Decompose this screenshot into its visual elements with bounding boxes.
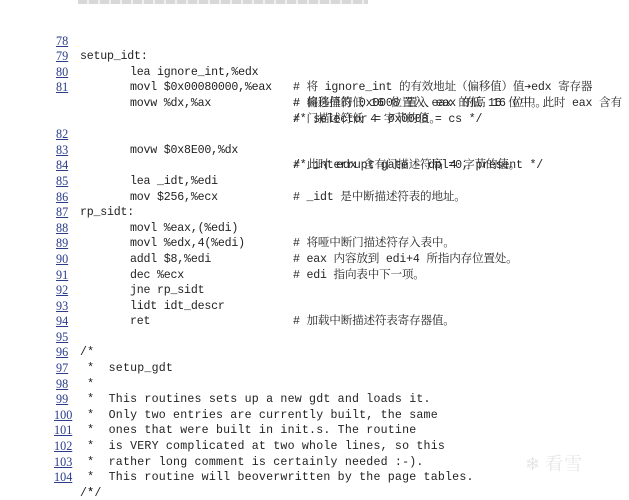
code-line: 94 (0, 299, 629, 315)
code-line: 100 * ones that were built in init.s. Th… (0, 392, 629, 408)
code-line: 99 * Only two entries are currently buil… (0, 377, 629, 393)
code-line: 90 dec %ecx (0, 236, 629, 252)
code-line: 80 movl $0x00080000,%eax # 将选择符 0x0008 置… (0, 49, 629, 65)
watermark: ❄看雪 (525, 450, 583, 476)
code-line: 95 /* (0, 314, 629, 330)
watermark-text: 看雪 (545, 454, 583, 475)
code-line: 87 movl %eax,(%edi) # 将哑中断门描述符存入表中。 (0, 190, 629, 206)
code-line: 83 # 此时 edx 含有门描述符高 4 字节的值。 (0, 127, 629, 143)
code-line: 86 rp_sidt: (0, 174, 629, 190)
code-line: 88 movl %edx,4(%edi) # eax 内容放到 edi+4 所指… (0, 205, 629, 221)
code-line: 89 addl $8,%edi # edi 指向表中下一项。 (0, 221, 629, 237)
code-line: 91 jne rp_sidt (0, 252, 629, 268)
code-listing: 78 setup_idt: 79 lea ignore_int,%edx # 将… (0, 18, 629, 486)
code-line: 96 * setup_gdt (0, 330, 629, 346)
code-line: 102 * rather long comment is certainly n… (0, 423, 629, 439)
code-line: 97 * (0, 345, 629, 361)
code-line: 85 mov $256,%ecx (0, 158, 629, 174)
code-line: 78 setup_idt: (0, 18, 629, 34)
code-line: 84 lea _idt,%edi # _idt 是中断描述符表的地址。 (0, 143, 629, 159)
snowflake-icon: ❄ (525, 454, 541, 475)
code-line: 93 ret (0, 283, 629, 299)
code-line: 82 movw $0x8E00,%dx /* interrupt gate - … (0, 112, 629, 128)
code-line: 79 lea ignore_int,%edx # 将 ignore_int 的有… (0, 34, 629, 50)
code-line: 98 * This routines sets up a new gdt and… (0, 361, 629, 377)
code-line: # 门描述符低 4 字节的值。 (0, 96, 629, 112)
block-comment-text: /* (80, 486, 94, 500)
code-line: # 偏移值的低 16 位置入 eax 的低 16 位中。此时 eax 含有 (0, 80, 629, 96)
code-line: 92 lidt idt_descr # 加载中断描述符表寄存器值。 (0, 268, 629, 284)
code-line: 101 * is VERY complicated at two whole l… (0, 408, 629, 424)
code-line: 81 movw %dx,%ax /* selector = 0x0008 = c… (0, 65, 629, 81)
truncated-heading-text (78, 0, 368, 4)
